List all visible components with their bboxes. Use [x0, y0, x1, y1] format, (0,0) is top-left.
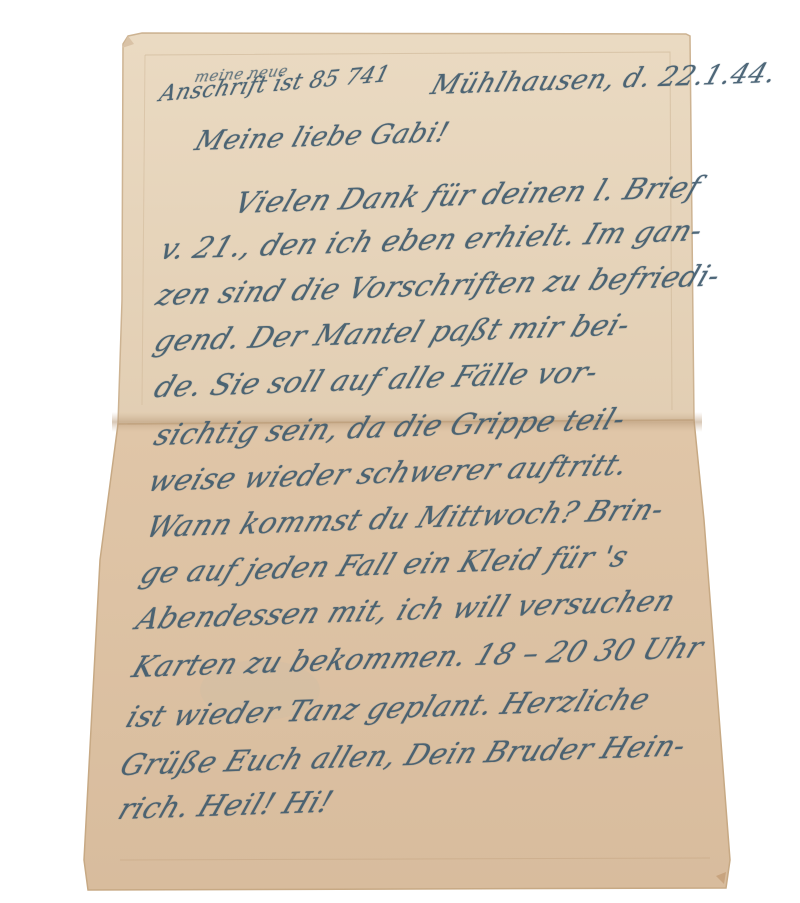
- paper-lower-half: [84, 420, 730, 890]
- paper-upper-half: [118, 33, 694, 424]
- letter-paper: [0, 0, 800, 903]
- photo-stage: meine neue Anschrift ist 85 741 Mühlhaus…: [0, 0, 800, 903]
- fold-crease: [112, 412, 702, 432]
